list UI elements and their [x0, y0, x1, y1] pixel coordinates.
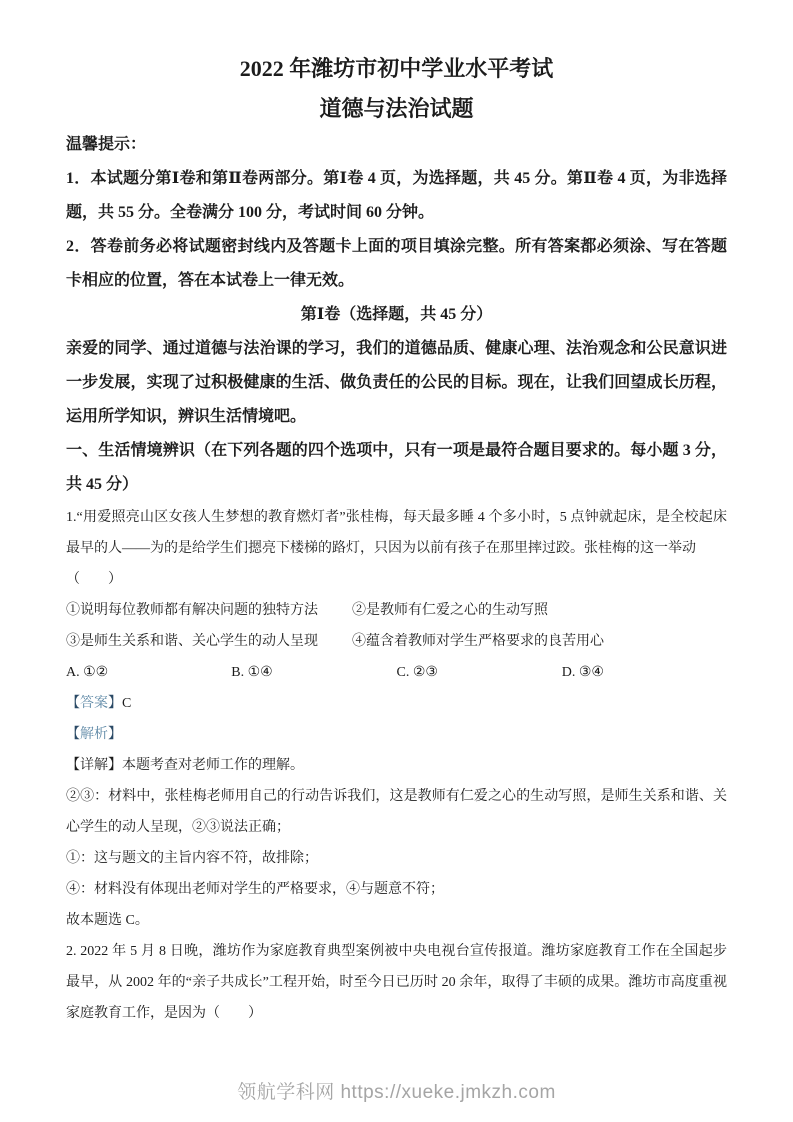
answer-bracket-close: 】 — [108, 696, 122, 711]
notice-item-1: 1．本试题分第Ⅰ卷和第Ⅱ卷两部分。第Ⅰ卷 4 页，为选择题，共 45 分。第Ⅱ卷… — [66, 162, 727, 230]
analysis-bracket-close: 】 — [108, 727, 122, 742]
question1-stem: 1.“用爱照亮山区女孩人生梦想的教育燃灯者”张桂梅，每天最多睡 4 个多小时，5… — [66, 502, 727, 564]
analysis-line: 【解析】 — [66, 719, 727, 750]
statement-2: ②是教师有仁爱之心的生动写照 — [352, 595, 727, 626]
statement-1: ①说明每位教师都有解决问题的独特方法 — [66, 595, 352, 626]
answer-label: 答案 — [80, 696, 108, 711]
answer-value: C — [122, 696, 131, 711]
notice-heading: 温馨提示： — [66, 128, 727, 162]
exam-title-line2: 道德与法治试题 — [66, 94, 727, 124]
analysis-label: 解析 — [80, 727, 108, 742]
analysis-bracket-open: 【 — [66, 727, 80, 742]
part1-heading: 第Ⅰ卷（选择题，共 45 分） — [66, 298, 727, 332]
explanation-3: ④：材料没有体现出老师对学生的严格要求，④与题意不符； — [66, 874, 727, 905]
question1-statements: ①说明每位教师都有解决问题的独特方法 ②是教师有仁爱之心的生动写照 ③是师生关系… — [66, 595, 727, 657]
exam-document-page: 2022 年潍坊市初中学业水平考试 道德与法治试题 温馨提示： 1．本试题分第Ⅰ… — [0, 0, 793, 1122]
question1-choices: A. ①② B. ①④ C. ②③ D. ③④ — [66, 657, 727, 688]
choice-c: C. ②③ — [397, 657, 562, 688]
explanation-conclusion: 故本题选 C。 — [66, 905, 727, 936]
choice-b: B. ①④ — [231, 657, 396, 688]
exam-title-line1: 2022 年潍坊市初中学业水平考试 — [66, 54, 727, 84]
question2-stem: 2. 2022 年 5 月 8 日晚，潍坊作为家庭教育典型案例被中央电视台宣传报… — [66, 936, 727, 1029]
notice-item-2: 2．答卷前务必将试题密封线内及答题卡上面的项目填涂完整。所有答案都必须涂、写在答… — [66, 230, 727, 298]
detail-line: 【详解】本题考查对老师工作的理解。 — [66, 750, 727, 781]
section1-heading: 一、生活情境辨识（在下列各题的四个选项中，只有一项是最符合题目要求的。每小题 3… — [66, 434, 727, 502]
explanation-1: ②③：材料中，张桂梅老师用自己的行动告诉我们，这是教师有仁爱之心的生动写照，是师… — [66, 781, 727, 843]
watermark-text: 领航学科网 https://xueke.jmkzh.com — [0, 1077, 793, 1104]
answer-bracket-open: 【 — [66, 696, 80, 711]
question1-paren: （ ） — [66, 564, 727, 595]
part1-intro: 亲爱的同学、通过道德与法治课的学习，我们的道德品质、健康心理、法治观念和公民意识… — [66, 332, 727, 434]
statement-4: ④蕴含着教师对学生严格要求的良苦用心 — [352, 626, 727, 657]
choice-d: D. ③④ — [562, 657, 727, 688]
choice-a: A. ①② — [66, 657, 231, 688]
explanation-2: ①：这与题文的主旨内容不符，故排除； — [66, 843, 727, 874]
answer-line: 【答案】C — [66, 688, 727, 719]
statement-3: ③是师生关系和谐、关心学生的动人呈现 — [66, 626, 352, 657]
